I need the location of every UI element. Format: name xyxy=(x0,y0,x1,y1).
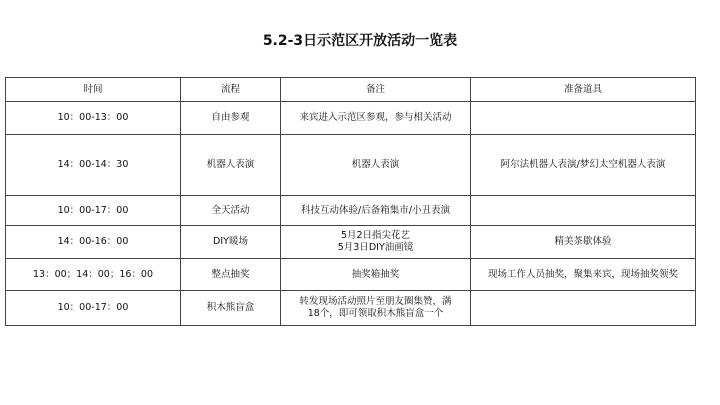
cell-notes: 来宾进入示范区参观，参与相关活动 xyxy=(281,102,471,135)
cell-props xyxy=(471,291,696,326)
cell-process: 整点抽奖 xyxy=(181,259,281,291)
cell-props: 精美茶歇体验 xyxy=(471,226,696,259)
table-row: 14：00-16：00 DIY暖场 5月2日指尖花艺 5月3日DIY油画镜 精美… xyxy=(6,226,696,259)
cell-props xyxy=(471,102,696,135)
cell-time: 10：00-17：00 xyxy=(6,196,181,226)
notes-line: 5月3日DIY油画镜 xyxy=(285,242,466,254)
header-notes: 备注 xyxy=(281,78,471,102)
notes-line: 转发现场活动照片至朋友圈集赞，满 xyxy=(285,296,466,308)
header-process: 流程 xyxy=(181,78,281,102)
table-row: 13：00；14：00；16：00 整点抽奖 抽奖箱抽奖 现场工作人员抽奖，聚集… xyxy=(6,259,696,291)
cell-time: 10：00-13：00 xyxy=(6,102,181,135)
cell-process: 全天活动 xyxy=(181,196,281,226)
cell-props xyxy=(471,196,696,226)
table-row: 10：00-17：00 全天活动 科技互动体验/后备箱集市/小丑表演 xyxy=(6,196,696,226)
table-row: 14：00-14：30 机器人表演 机器人表演 阿尔法机器人表演/梦幻太空机器人… xyxy=(6,135,696,196)
table-header-row: 时间 流程 备注 准备道具 xyxy=(6,78,696,102)
cell-notes: 机器人表演 xyxy=(281,135,471,196)
notes-line: 机器人表演 xyxy=(285,159,466,171)
cell-process: 自由参观 xyxy=(181,102,281,135)
schedule-table: 时间 流程 备注 准备道具 10：00-13：00 自由参观 来宾进入示范区参观… xyxy=(5,77,696,326)
table-row: 10：00-17：00 积木熊盲盒 转发现场活动照片至朋友圈集赞，满 18个，即… xyxy=(6,291,696,326)
cell-time: 14：00-16：00 xyxy=(6,226,181,259)
cell-notes: 科技互动体验/后备箱集市/小丑表演 xyxy=(281,196,471,226)
cell-process: 机器人表演 xyxy=(181,135,281,196)
cell-time: 14：00-14：30 xyxy=(6,135,181,196)
cell-process: DIY暖场 xyxy=(181,226,281,259)
cell-props: 阿尔法机器人表演/梦幻太空机器人表演 xyxy=(471,135,696,196)
header-time: 时间 xyxy=(6,78,181,102)
cell-notes: 抽奖箱抽奖 xyxy=(281,259,471,291)
table-row: 10：00-13：00 自由参观 来宾进入示范区参观，参与相关活动 xyxy=(6,102,696,135)
notes-line: 抽奖箱抽奖 xyxy=(285,269,466,281)
notes-line: 来宾进入示范区参观，参与相关活动 xyxy=(285,112,466,124)
notes-line: 5月2日指尖花艺 xyxy=(285,230,466,242)
cell-time: 10：00-17：00 xyxy=(6,291,181,326)
notes-line: 科技互动体验/后备箱集市/小丑表演 xyxy=(285,205,466,217)
cell-process: 积木熊盲盒 xyxy=(181,291,281,326)
cell-notes: 5月2日指尖花艺 5月3日DIY油画镜 xyxy=(281,226,471,259)
cell-props: 现场工作人员抽奖，聚集来宾，现场抽奖领奖 xyxy=(471,259,696,291)
cell-notes: 转发现场活动照片至朋友圈集赞，满 18个，即可领取积木熊盲盒一个 xyxy=(281,291,471,326)
page-title: 5.2-3日示范区开放活动一览表 xyxy=(0,30,720,50)
cell-time: 13：00；14：00；16：00 xyxy=(6,259,181,291)
header-props: 准备道具 xyxy=(471,78,696,102)
notes-line: 18个，即可领取积木熊盲盒一个 xyxy=(285,308,466,320)
